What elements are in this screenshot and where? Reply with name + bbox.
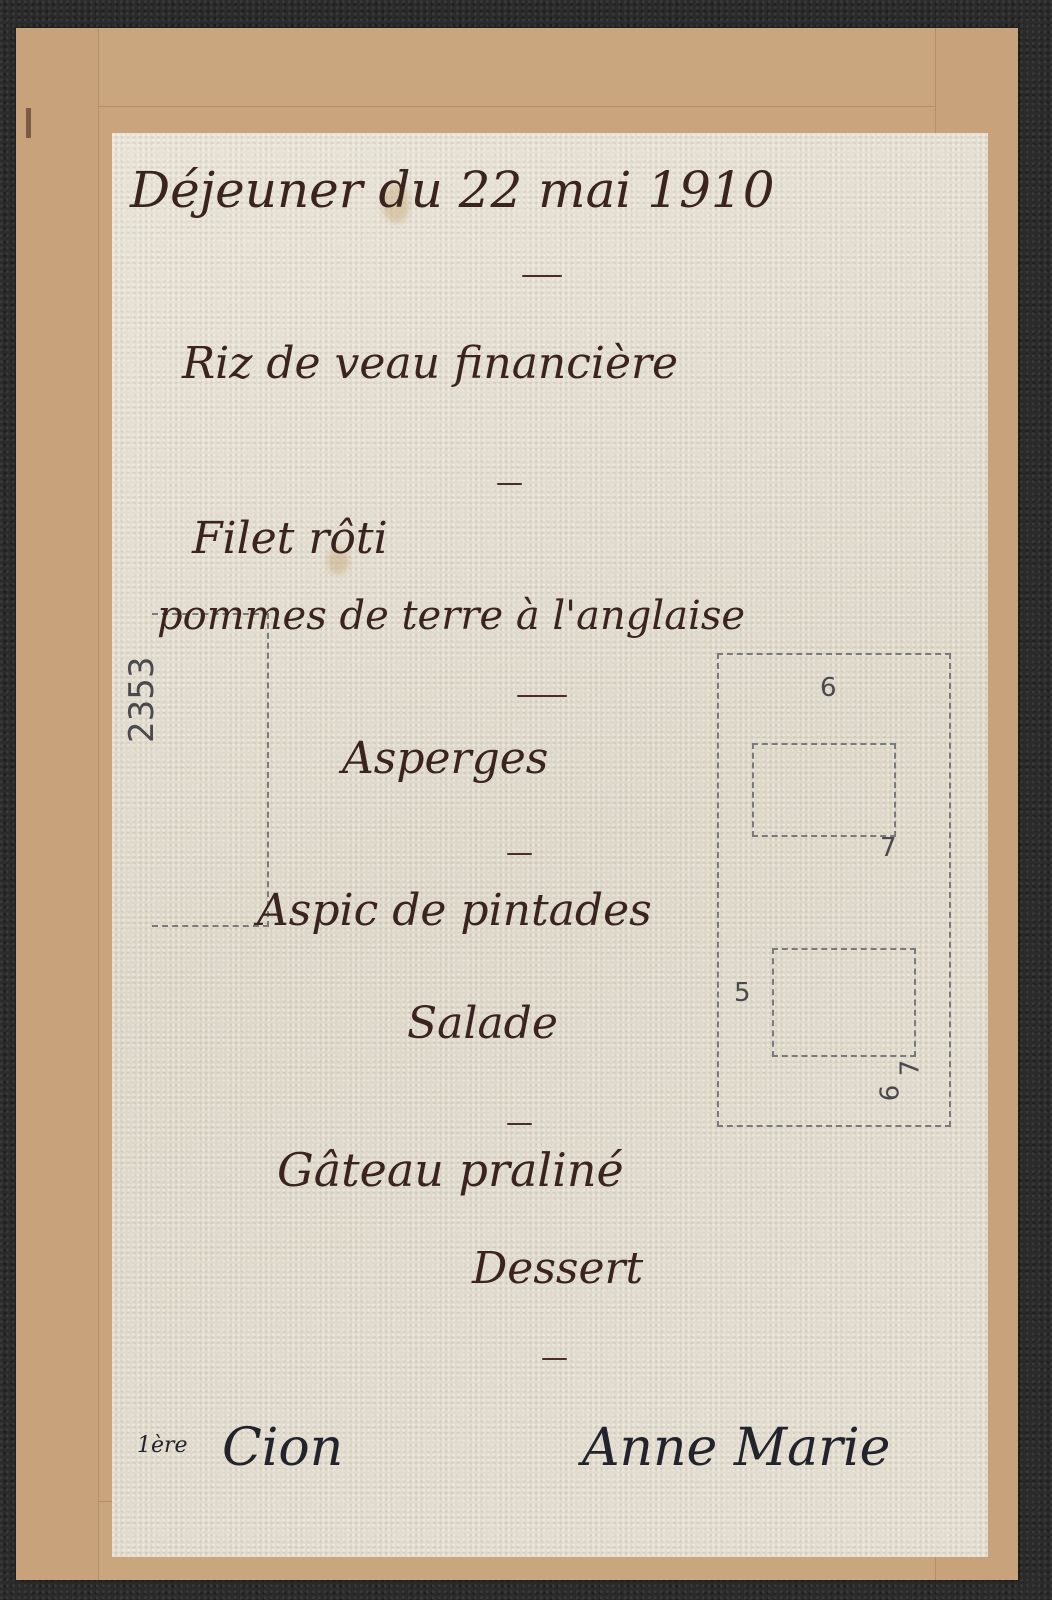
separator bbox=[507, 1123, 532, 1125]
menu-card: 6 7 5 6 7 2353 Déjeuner du 22 mai 1910 R… bbox=[16, 28, 1018, 1580]
separator bbox=[497, 483, 522, 485]
tape-left bbox=[16, 28, 99, 1580]
signature-name: Anne Marie bbox=[582, 1418, 890, 1478]
menu-item: pommes de terre à l'anglaise bbox=[157, 593, 745, 639]
paper-sheet: 6 7 5 6 7 2353 Déjeuner du 22 mai 1910 R… bbox=[112, 133, 988, 1557]
ink-mark bbox=[26, 108, 31, 138]
pencil-sketch-left bbox=[152, 613, 269, 927]
tape-top bbox=[16, 28, 1018, 107]
pencil-inventory-number: 2353 bbox=[122, 656, 162, 743]
signature-word: Cion bbox=[222, 1418, 343, 1478]
pencil-number: 7 bbox=[880, 833, 897, 863]
menu-title: Déjeuner du 22 mai 1910 bbox=[130, 161, 775, 219]
separator bbox=[542, 1358, 567, 1360]
menu-item: Asperges bbox=[342, 733, 548, 784]
menu-item: Aspic de pintades bbox=[257, 885, 652, 936]
pencil-sketch-box-upper bbox=[752, 743, 896, 837]
menu-item: Gâteau praliné bbox=[277, 1143, 624, 1197]
pencil-number: 6 bbox=[820, 673, 837, 703]
separator bbox=[522, 275, 562, 277]
menu-item: Salade bbox=[407, 998, 558, 1049]
menu-item: Dessert bbox=[472, 1243, 643, 1294]
pencil-number: 5 bbox=[734, 978, 751, 1008]
pencil-sketch-box-lower bbox=[772, 948, 916, 1057]
pencil-number: 7 bbox=[895, 1060, 925, 1077]
separator bbox=[507, 853, 532, 855]
menu-item: Filet rôti bbox=[192, 513, 388, 564]
pencil-number: 6 bbox=[875, 1085, 905, 1102]
menu-item: Riz de veau financière bbox=[182, 338, 678, 389]
separator bbox=[517, 695, 567, 697]
signature-prefix: 1ère bbox=[137, 1433, 188, 1458]
